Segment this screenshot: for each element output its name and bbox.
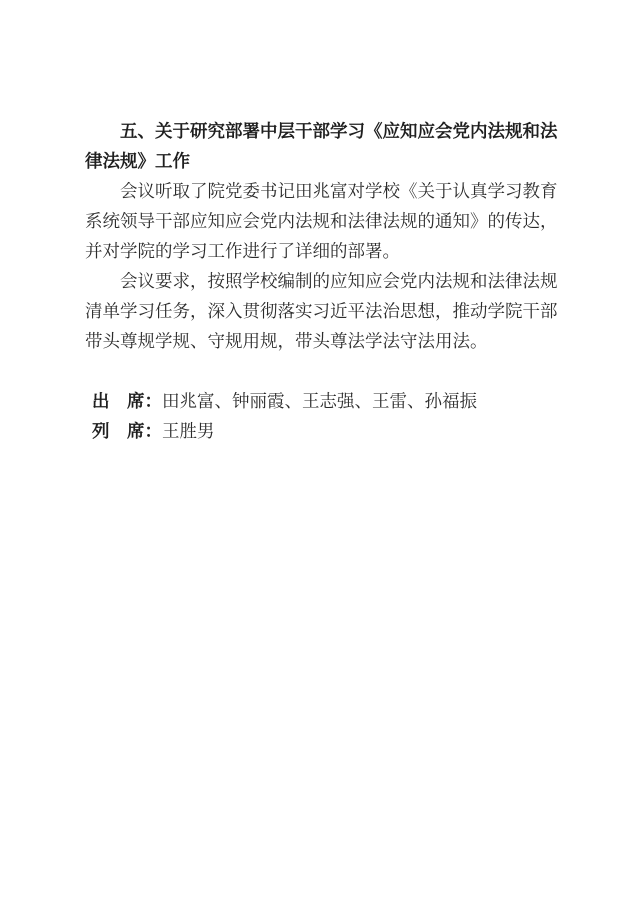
attendance-row-observer: 列 席：王胜男 xyxy=(92,416,565,446)
paragraph-2-line-3: 带头尊规学规、守规用规，带头尊法学法守法用法。 xyxy=(85,326,565,356)
paragraph-1-line-2: 系统领导干部应知应会党内法规和法律法规的通知》的传达， xyxy=(85,206,565,236)
paragraph-2: 会议要求，按照学校编制的应知应会党内法规和法律法规 清单学习任务，深入贯彻落实习… xyxy=(85,266,565,356)
paragraph-1-line-1: 会议听取了院党委书记田兆富对学校《关于认真学习教育 xyxy=(85,176,565,206)
document-content: 五、关于研究部署中层干部学习《应知应会党内法规和法 律法规》工作 会议听取了院党… xyxy=(85,116,565,446)
section-heading: 五、关于研究部署中层干部学习《应知应会党内法规和法 律法规》工作 xyxy=(85,116,565,176)
heading-line-1: 五、关于研究部署中层干部学习《应知应会党内法规和法 xyxy=(85,116,565,146)
attendance-names-observer: 王胜男 xyxy=(162,421,215,441)
attendance-section: 出 席：田兆富、钟丽霞、王志强、王雷、孙福振 列 席：王胜男 xyxy=(85,386,565,446)
document-page: 五、关于研究部署中层干部学习《应知应会党内法规和法 律法规》工作 会议听取了院党… xyxy=(0,0,639,907)
paragraph-1: 会议听取了院党委书记田兆富对学校《关于认真学习教育 系统领导干部应知应会党内法规… xyxy=(85,176,565,266)
paragraph-2-line-1: 会议要求，按照学校编制的应知应会党内法规和法律法规 xyxy=(85,266,565,296)
attendance-label-observer: 列 席： xyxy=(92,421,162,441)
attendance-row-present: 出 席：田兆富、钟丽霞、王志强、王雷、孙福振 xyxy=(92,386,565,416)
paragraph-2-line-2: 清单学习任务，深入贯彻落实习近平法治思想，推动学院干部 xyxy=(85,296,565,326)
heading-line-2: 律法规》工作 xyxy=(85,146,565,176)
attendance-label-present: 出 席： xyxy=(92,391,162,411)
attendance-names-present: 田兆富、钟丽霞、王志强、王雷、孙福振 xyxy=(162,391,477,411)
paragraph-1-line-3: 并对学院的学习工作进行了详细的部署。 xyxy=(85,236,565,266)
